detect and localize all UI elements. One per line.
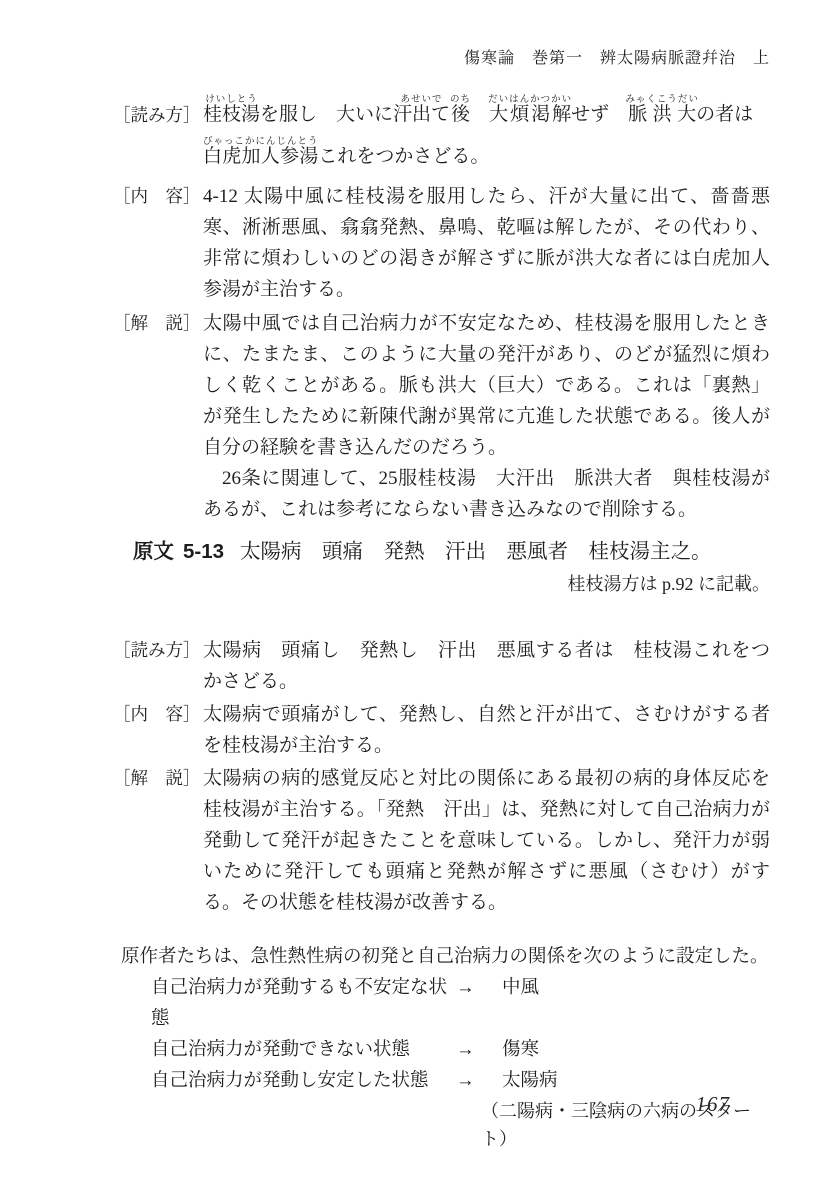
author-note: 原作者たちは、急性熱性病の初発と自己治病力の関係を次のように設定した。 自己治病… bbox=[113, 942, 770, 1153]
right-arrow-icon: → bbox=[456, 973, 488, 1035]
right-arrow-icon: → bbox=[456, 1035, 488, 1066]
note-intro: 原作者たちは、急性熱性病の初発と自己治病力の関係を次のように設定した。 bbox=[121, 942, 770, 973]
yomikata-row: ［読み方］ 太陽病 頭痛し 発熱し 汗出 悪風する者は 桂枝湯これをつかさどる。 bbox=[113, 635, 770, 697]
kaisetsu-paragraph: 太陽中風では自己治病力が不安定なため、桂枝湯を服用したときに、たまたま、このよう… bbox=[203, 308, 770, 463]
yomikata-label: ［読み方］ bbox=[113, 635, 203, 666]
reading-line: 桂枝湯けいしとうを服し 大いに汗出てあせいで後のち 大煩渇解だいはんかつかいせず… bbox=[203, 94, 770, 136]
relation-result: 中風 bbox=[488, 973, 770, 1035]
genbun-heading: 原文5-13太陽病 頭痛 発熱 汗出 悪風者 桂枝湯主之。 bbox=[133, 535, 770, 569]
genbun-text: 太陽病 頭痛 発熱 汗出 悪風者 桂枝湯主之。 bbox=[240, 540, 712, 563]
naiyou-row: ［内 容］ 太陽病で頭痛がして、発熱し、自然と汗が出て、さむけがする者を桂枝湯が… bbox=[113, 699, 770, 761]
naiyou-label: ［内 容］ bbox=[113, 181, 203, 212]
running-head: 傷寒論 巻第一 辨太陽病脈證幷治 上 bbox=[113, 48, 770, 70]
kaisetsu-content: 太陽中風では自己治病力が不安定なため、桂枝湯を服用したときに、たまたま、このよう… bbox=[203, 308, 770, 525]
kaisetsu-row: ［解 説］ 太陽病の病的感覚反応と対比の関係にある最初の病的身体反応を桂枝湯が主… bbox=[113, 763, 770, 918]
section-4-12: ［読み方］ 桂枝湯けいしとうを服し 大いに汗出てあせいで後のち 大煩渇解だいはん… bbox=[113, 94, 770, 525]
kaisetsu-label: ［解 説］ bbox=[113, 763, 203, 794]
yomikata-content: 太陽病 頭痛し 発熱し 汗出 悪風する者は 桂枝湯これをつかさどる。 bbox=[203, 635, 770, 697]
relation-list: 自己治病力が発動するも不安定な状態 → 中風 自己治病力が発動できない状態 → … bbox=[151, 973, 770, 1097]
relation-condition: 自己治病力が発動し安定した状態 bbox=[151, 1066, 456, 1097]
kaisetsu-paragraph: 26条に関連して、25服桂枝湯 大汗出 脈洪大者 與桂枝湯があるが、これは参考に… bbox=[203, 463, 770, 525]
yomikata-content: 桂枝湯けいしとうを服し 大いに汗出てあせいで後のち 大煩渇解だいはんかつかいせず… bbox=[203, 94, 770, 178]
relation-result: 傷寒 bbox=[488, 1035, 770, 1066]
page-number: 167 bbox=[696, 1092, 731, 1117]
kaisetsu-row: ［解 説］ 太陽中風では自己治病力が不安定なため、桂枝湯を服用したときに、たまた… bbox=[113, 308, 770, 525]
formula-reference: 桂枝湯方は p.92 に記載。 bbox=[113, 569, 770, 599]
relation-row: 自己治病力が発動するも不安定な状態 → 中風 bbox=[151, 973, 770, 1035]
kaisetsu-content: 太陽病の病的感覚反応と対比の関係にある最初の病的身体反応を桂枝湯が主治する。「発… bbox=[203, 763, 770, 918]
naiyou-content: 4-12 太陽中風に桂枝湯を服用したら、汗が大量に出て、嗇嗇悪寒、淅淅悪風、翕翕… bbox=[203, 181, 770, 305]
relation-condition: 自己治病力が発動するも不安定な状態 bbox=[151, 973, 456, 1035]
naiyou-row: ［内 容］ 4-12 太陽中風に桂枝湯を服用したら、汗が大量に出て、嗇嗇悪寒、淅… bbox=[113, 181, 770, 305]
book-page: 傷寒論 巻第一 辨太陽病脈證幷治 上 ［読み方］ 桂枝湯けいしとうを服し 大いに… bbox=[0, 0, 830, 1178]
genbun-prefix: 原文 bbox=[133, 540, 174, 563]
right-arrow-icon: → bbox=[456, 1066, 488, 1097]
naiyou-label: ［内 容］ bbox=[113, 699, 203, 730]
naiyou-content: 太陽病で頭痛がして、発熱し、自然と汗が出て、さむけがする者を桂枝湯が主治する。 bbox=[203, 699, 770, 761]
relation-row: 自己治病力が発動できない状態 → 傷寒 bbox=[151, 1035, 770, 1066]
relation-condition: 自己治病力が発動できない状態 bbox=[151, 1035, 456, 1066]
yomikata-row: ［読み方］ 桂枝湯けいしとうを服し 大いに汗出てあせいで後のち 大煩渇解だいはん… bbox=[113, 94, 770, 178]
genbun-number: 5-13 bbox=[183, 540, 224, 563]
relation-row: 自己治病力が発動し安定した状態 → 太陽病 bbox=[151, 1066, 770, 1097]
yomikata-label: ［読み方］ bbox=[113, 94, 203, 136]
section-5-13: ［読み方］ 太陽病 頭痛し 発熱し 汗出 悪風する者は 桂枝湯これをつかさどる。… bbox=[113, 635, 770, 918]
reading-line: 白虎加人参湯びゃっこかにんじんとうこれをつかさどる。 bbox=[203, 136, 770, 178]
kaisetsu-label: ［解 説］ bbox=[113, 308, 203, 339]
